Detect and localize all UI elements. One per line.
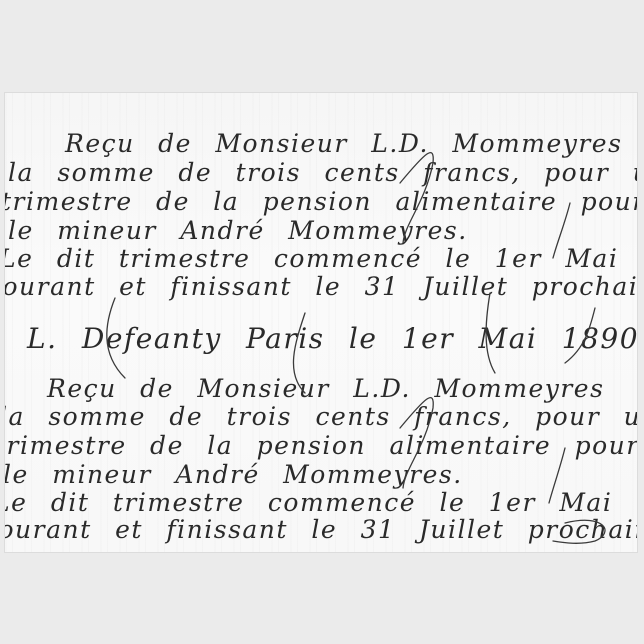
- receipt-2-line-1: Reçu de Monsieur L.D. Mommeyres: [47, 376, 604, 401]
- receipt-2-line-5: Le dit trimestre commencé le 1er Mai: [5, 490, 612, 515]
- receipt-1-line-4: le mineur André Mommeyres.: [8, 218, 468, 243]
- handwritten-paper: Reçu de Monsieur L.D. Mommeyres la somme…: [5, 93, 637, 552]
- receipt-2-line-6: courant et finissant le 31 Juillet proch…: [5, 517, 637, 542]
- receipt-2-line-4: le mineur André Mommeyres.: [5, 462, 463, 487]
- receipt-1-line-3: trimestre de la pension alimentaire pour: [5, 189, 637, 214]
- receipt-1-line-5: Le dit trimestre commencé le 1er Mai: [5, 246, 618, 271]
- receipt-2-line-3: trimestre de la pension alimentaire pour: [5, 433, 637, 458]
- canvas: Reçu de Monsieur L.D. Mommeyres la somme…: [0, 0, 644, 644]
- receipt-1-line-2: la somme de trois cents francs, pour un: [8, 160, 637, 185]
- receipt-1-line-1: Reçu de Monsieur L.D. Mommeyres: [65, 131, 622, 156]
- receipt-1-line-6: courant et finissant le 31 Juillet proch…: [5, 274, 637, 299]
- signature-date-line: L. Defeanty Paris le 1er Mai 1890: [27, 325, 637, 353]
- receipt-2-line-2: la somme de trois cents francs, pour un: [5, 404, 637, 429]
